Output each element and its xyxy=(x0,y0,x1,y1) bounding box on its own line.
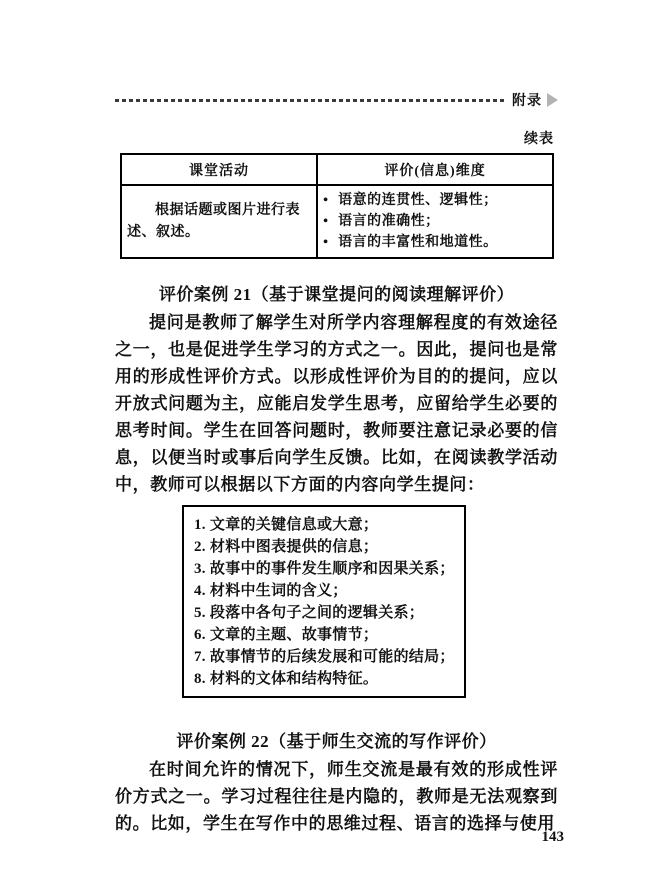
table-row: 根据话题或图片进行表述、叙述。 • 语意的连贯性、逻辑性； • 语言的准确性； … xyxy=(121,185,553,258)
question-item: 3. 故事中的事件发生顺序和因果关系； xyxy=(194,558,456,580)
dimension-item: • 语意的连贯性、逻辑性； xyxy=(323,190,547,211)
activity-cell: 根据话题或图片进行表述、叙述。 xyxy=(121,185,317,258)
table-header-row: 课堂活动 评价(信息)维度 xyxy=(121,154,553,185)
question-list-box: 1. 文章的关键信息或大意； 2. 材料中图表提供的信息； 3. 故事中的事件发… xyxy=(182,505,466,698)
case21-title: 评价案例 21（基于课堂提问的阅读理解评价） xyxy=(115,280,558,305)
running-head-label: 附录 xyxy=(512,90,542,110)
dotted-rule xyxy=(115,99,505,102)
bullet-icon: • xyxy=(323,211,338,232)
question-item: 4. 材料中生词的含义； xyxy=(194,580,456,602)
book-page: 附录 续表 课堂活动 评价(信息)维度 根据话题或图片进行表述、叙述。 xyxy=(0,0,668,891)
dimension-text: 语意的连贯性、逻辑性； xyxy=(338,190,498,211)
question-item: 6. 文章的主题、故事情节； xyxy=(194,624,456,646)
case22-title: 评价案例 22（基于师生交流的写作评价） xyxy=(115,727,558,752)
question-item: 5. 段落中各句子之间的逻辑关系； xyxy=(194,602,456,624)
activity-text: 根据话题或图片进行表述、叙述。 xyxy=(127,200,311,244)
dimension-item: • 语言的丰富性和地道性。 xyxy=(323,232,547,253)
running-head: 附录 xyxy=(115,92,558,108)
question-item: 1. 文章的关键信息或大意； xyxy=(194,514,456,536)
column-header-activity: 课堂活动 xyxy=(121,154,317,185)
case21-paragraph: 提问是教师了解学生对所学内容理解程度的有效途径之一，也是促进学生学习的方式之一。… xyxy=(115,309,558,498)
question-item: 2. 材料中图表提供的信息； xyxy=(194,536,456,558)
triangle-right-icon xyxy=(547,93,558,107)
evaluation-table: 课堂活动 评价(信息)维度 根据话题或图片进行表述、叙述。 • 语意的连贯性、逻… xyxy=(120,153,554,259)
dimension-item: • 语言的准确性； xyxy=(323,211,547,232)
question-item: 8. 材料的文体和结构特征。 xyxy=(194,668,456,690)
bullet-icon: • xyxy=(323,190,338,211)
bullet-icon: • xyxy=(323,232,338,253)
dimensions-cell: • 语意的连贯性、逻辑性； • 语言的准确性； • 语言的丰富性和地道性。 xyxy=(317,185,553,258)
page-content: 附录 续表 课堂活动 评价(信息)维度 根据话题或图片进行表述、叙述。 xyxy=(115,92,558,837)
question-item: 7. 故事情节的后续发展和可能的结局； xyxy=(194,646,456,668)
dimension-text: 语言的丰富性和地道性。 xyxy=(338,232,498,253)
continued-table-note: 续表 xyxy=(115,128,554,148)
case22-paragraph: 在时间允许的情况下，师生交流是最有效的形成性评价方式之一。学习过程往往是内隐的，… xyxy=(115,756,558,837)
dimension-text: 语言的准确性； xyxy=(338,211,440,232)
page-number: 143 xyxy=(542,829,565,846)
column-header-dimensions: 评价(信息)维度 xyxy=(317,154,553,185)
